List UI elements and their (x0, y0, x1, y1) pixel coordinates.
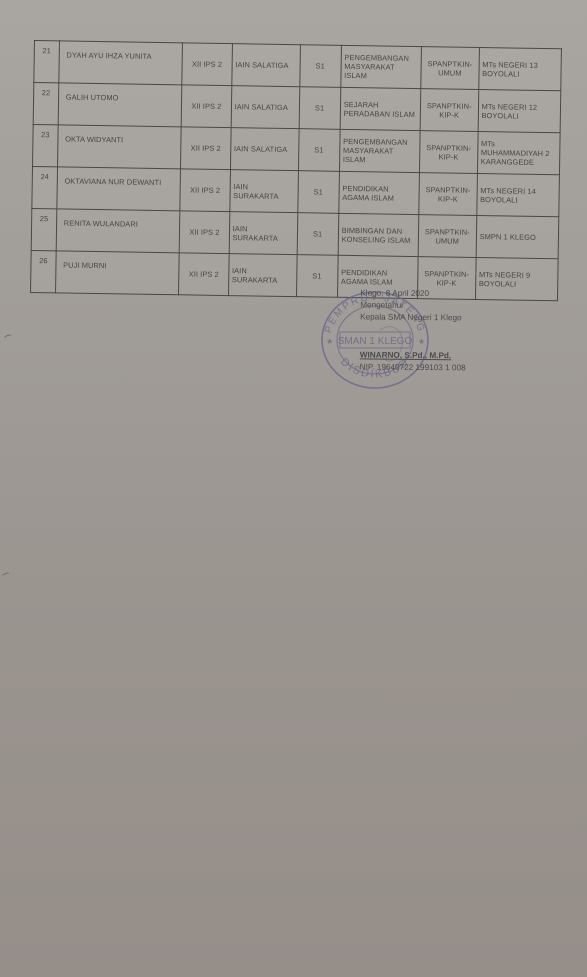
origin-school-cell: MTs MUHAMMADIYAH 2 KARANGGEDE (477, 131, 560, 174)
program-cell: PENGEMBANGAN MASYARAKAT ISLAM (339, 129, 420, 172)
signer-name: WINARNO, S.Pd., M.Pd. (360, 349, 490, 362)
university-cell: IAIN SALATIGA (231, 44, 300, 87)
row-number: 22 (33, 83, 58, 125)
row-number: 24 (32, 166, 57, 208)
level-cell: S1 (297, 213, 339, 256)
program-cell: PENDIDIKAN AGAMA ISLAM (339, 171, 420, 214)
class-cell: XII IPS 2 (180, 169, 230, 212)
student-name: OKTAVIANA NUR DEWANTI (57, 167, 181, 211)
origin-school-cell: SMPN 1 KLEGO (476, 215, 559, 258)
student-name: PUJI MURNI (55, 251, 179, 295)
university-cell: IAIN SURAKARTA (229, 212, 298, 255)
program-cell: BIMBINGAN DAN KONSELING ISLAM (338, 213, 419, 256)
university-cell: IAIN SURAKARTA (228, 254, 297, 297)
university-cell: IAIN SURAKARTA (229, 170, 298, 213)
admission-route-cell: SPANPTKIN-KIP-K (420, 89, 478, 132)
admission-route-cell: SPANPTKIN-KIP-K (419, 131, 477, 174)
program-cell: SEJARAH PERADABAN ISLAM (340, 87, 421, 130)
row-number: 21 (34, 41, 59, 83)
student-name: OKTA WIDYANTI (57, 125, 181, 169)
student-admission-table: 21DYAH AYU IHZA YUNITAXII IPS 2IAIN SALA… (30, 40, 562, 301)
student-name: RENITA WULANDARI (56, 209, 180, 253)
row-number: 25 (31, 208, 56, 250)
signer-position: Kepala SMA Negeri 1 Klego (360, 311, 490, 324)
signature-block: Klego, 8 April 2020 Mengetahui Kepala SM… (360, 287, 491, 374)
origin-school-cell: MTs NEGERI 14 BOYOLALI (476, 173, 559, 216)
origin-school-cell: MTs NEGERI 13 BOYOLALI (478, 47, 561, 90)
origin-school-cell: MTs NEGERI 12 BOYOLALI (478, 89, 561, 132)
university-cell: IAIN SALATIGA (230, 128, 299, 171)
paper-mark (2, 572, 11, 578)
class-cell: XII IPS 2 (182, 43, 232, 86)
class-cell: XII IPS 2 (179, 253, 229, 296)
level-cell: S1 (298, 129, 340, 172)
place-date: Klego, 8 April 2020 (360, 287, 490, 300)
svg-text:★: ★ (326, 337, 333, 346)
class-cell: XII IPS 2 (181, 127, 231, 170)
acknowledged-label: Mengetahui (360, 299, 490, 312)
university-cell: IAIN SALATIGA (231, 86, 300, 129)
class-cell: XII IPS 2 (181, 85, 231, 128)
scanned-document-page: 21DYAH AYU IHZA YUNITAXII IPS 2IAIN SALA… (0, 0, 587, 977)
admission-route-cell: SPANPTKIN-KIP-K (419, 173, 477, 216)
admission-route-cell: SPANPTKIN-UMUM (418, 215, 476, 258)
program-cell: PENGEMBANGAN MASYARAKAT ISLAM (341, 45, 422, 88)
row-number: 26 (31, 250, 56, 292)
class-cell: XII IPS 2 (179, 211, 229, 254)
student-name: GALIH UTOMO (58, 83, 182, 127)
level-cell: S1 (299, 87, 341, 130)
student-name: DYAH AYU IHZA YUNITA (59, 41, 183, 85)
level-cell: S1 (297, 171, 339, 214)
signer-nip: NIP. 19640722 199103 1 008 (360, 361, 490, 374)
level-cell: S1 (299, 45, 341, 88)
admission-route-cell: SPANPTKIN-UMUM (421, 47, 479, 90)
row-number: 23 (33, 124, 58, 166)
paper-mark (4, 334, 13, 340)
